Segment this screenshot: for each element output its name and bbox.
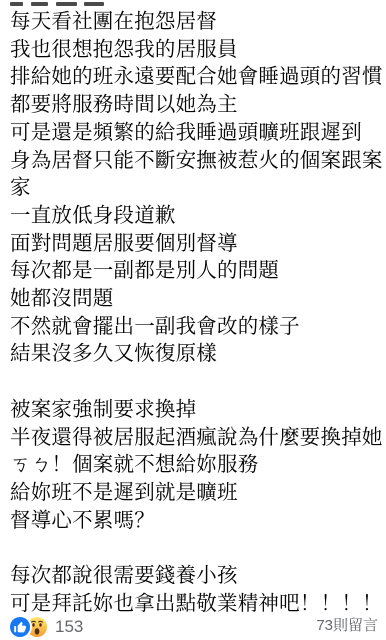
post-text-line: 我也很想抱怨我的居服員: [10, 36, 382, 64]
post-text-line: 可是還是頻繁的給我睡過頭曠班跟遲到: [10, 119, 382, 147]
reaction-summary[interactable]: 153: [10, 617, 83, 637]
post-text-line: 都要將服務時間以她為主: [10, 91, 382, 119]
post-engagement-bar: 153 73則留言: [0, 612, 386, 640]
post-text-line: 身為居督只能不斷安撫被惹火的個案跟案: [10, 147, 382, 175]
post-text-line: 她都沒問題: [10, 285, 382, 313]
clipped-text-line: [0, 0, 386, 7]
post-text-blank-line: [10, 368, 382, 396]
post-text-line: 結果沒多久又恢復原樣: [10, 340, 382, 368]
post-text-line: 給妳班不是遲到就是曠班: [10, 479, 382, 507]
post-text-line: 每次都說很需要錢養小孩: [10, 562, 382, 590]
post-text-line: 一直放低身段道歉: [10, 202, 382, 230]
post-text-line: 排給她的班永遠要配合她會睡過頭的習慣: [10, 63, 382, 91]
facebook-post-view: 每天看社團在抱怨居督 我也很想抱怨我的居服員 排給她的班永遠要配合她會睡過頭的習…: [0, 0, 386, 640]
like-reaction-icon[interactable]: [10, 617, 30, 637]
post-text-blank-line: [10, 534, 382, 562]
post-text-line: 每次都是一副都是別人的問題: [10, 257, 382, 285]
clipped-glyph-fragment: [84, 2, 104, 6]
post-text-line: 家: [10, 174, 382, 202]
clipped-glyph-fragment: [10, 2, 23, 6]
clipped-glyph-fragment: [31, 2, 48, 6]
post-text-line: 面對問題居服要個別督導: [10, 230, 382, 258]
post-text-line: 督導心不累嗎？: [10, 507, 382, 535]
comment-count-link[interactable]: 73則留言: [316, 617, 378, 635]
post-text-line: 半夜還得被居服起酒瘋說為什麼要換掉她: [10, 424, 382, 452]
post-text-line: 不然就會擺出一副我會改的樣子: [10, 313, 382, 341]
reaction-count[interactable]: 153: [55, 617, 83, 637]
post-text-line: 被案家強制要求換掉: [10, 396, 382, 424]
post-body: 每天看社團在抱怨居督 我也很想抱怨我的居服員 排給她的班永遠要配合她會睡過頭的習…: [10, 8, 382, 617]
wow-reaction-icon[interactable]: [27, 617, 47, 637]
post-text-line: ㄎㄅ！個案就不想給妳服務: [10, 451, 382, 479]
clipped-glyph-fragment: [56, 2, 77, 6]
post-text-line: 每天看社團在抱怨居督: [10, 8, 382, 36]
